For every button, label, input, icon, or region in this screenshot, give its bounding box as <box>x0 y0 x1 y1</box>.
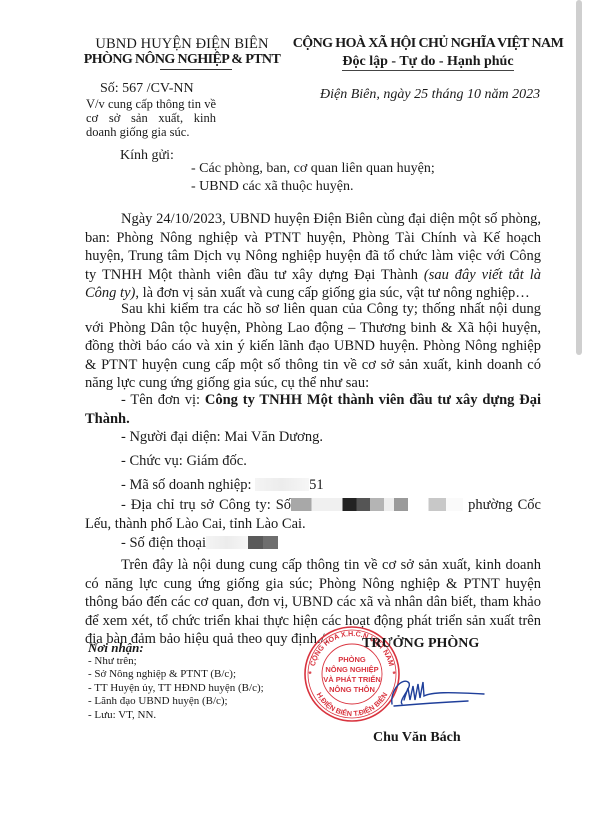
distribution-item: - Lưu: VT, NN. <box>88 709 264 723</box>
national-header: CỘNG HOÀ XÃ HỘI CHỦ NGHĨA VIỆT NAM Độc l… <box>283 36 573 71</box>
distribution-list: Nơi nhận: - Như trên; - Sở Nông nghiệp &… <box>88 641 264 722</box>
agency-parent: UBND HUYỆN ĐIỆN BIÊN <box>62 36 302 53</box>
address-line: - Địa chỉ trụ sở Công ty: Số phường Cốc … <box>85 496 541 533</box>
agency-underline <box>160 69 232 70</box>
addressee-item: - UBND các xã thuộc huyện. <box>191 178 435 196</box>
addressee-list: - Các phòng, ban, cơ quan liên quan huyệ… <box>191 160 435 196</box>
motto: Độc lập - Tự do - Hạnh phúc <box>342 54 513 71</box>
agency-header: UBND HUYỆN ĐIỆN BIÊN PHÒNG NÔNG NGHIỆP &… <box>62 36 302 70</box>
distribution-item: - TT Huyện ủy, TT HĐND huyện (B/c); <box>88 682 264 696</box>
document-subject: V/v cung cấp thông tin về cơ sở sản xuất… <box>86 97 216 139</box>
unit-name-line: - Tên đơn vị: Công ty TNHH Một thành viê… <box>85 391 541 428</box>
scrollbar-thumb[interactable] <box>576 0 582 355</box>
redacted-address <box>291 498 463 511</box>
agency-name: PHÒNG NÔNG NGHIỆP & PTNT <box>62 52 302 68</box>
svg-text:PHÒNG: PHÒNG <box>338 655 366 664</box>
document-number: Số: 567 /CV-NN <box>100 81 194 97</box>
tax-id-line: - Mã số doanh nghiệp: 51 <box>85 476 541 495</box>
distribution-item: - Như trên; <box>88 655 264 669</box>
handwritten-signature-icon <box>388 670 488 710</box>
phone-line: - Số điện thoại <box>85 534 541 553</box>
distribution-item: - Sở Nông nghiệp & PTNT (B/c); <box>88 668 264 682</box>
distribution-title: Nơi nhận: <box>88 641 264 655</box>
svg-text:VÀ PHÁT TRIỂN: VÀ PHÁT TRIỂN <box>323 675 381 684</box>
redacted-tax-id <box>255 478 309 491</box>
addressee-item: - Các phòng, ban, cơ quan liên quan huyệ… <box>191 160 435 178</box>
paragraph-intro: Ngày 24/10/2023, UBND huyện Điện Biên cù… <box>85 210 541 303</box>
paragraph-review: Sau khi kiểm tra các hồ sơ liên quan của… <box>85 300 541 393</box>
svg-text:*: * <box>308 670 312 679</box>
addressee-label: Kính gửi: <box>120 148 174 164</box>
distribution-item: - Lãnh đạo UBND huyện (B/c); <box>88 695 264 709</box>
nation-title: CỘNG HOÀ XÃ HỘI CHỦ NGHĨA VIỆT NAM <box>283 36 573 52</box>
signer-title: TRƯỞNG PHÒNG <box>362 636 479 652</box>
svg-text:NÔNG THÔN: NÔNG THÔN <box>329 685 375 694</box>
representative-line: - Người đại diện: Mai Văn Dương. <box>85 428 541 447</box>
signer-name: Chu Văn Bách <box>373 730 461 746</box>
place-and-date: Điện Biên, ngày 25 tháng 10 năm 2023 <box>320 87 540 103</box>
redacted-phone <box>248 536 278 549</box>
svg-text:NÔNG NGHIỆP: NÔNG NGHIỆP <box>325 665 378 674</box>
position-line: - Chức vụ: Giám đốc. <box>85 452 541 471</box>
